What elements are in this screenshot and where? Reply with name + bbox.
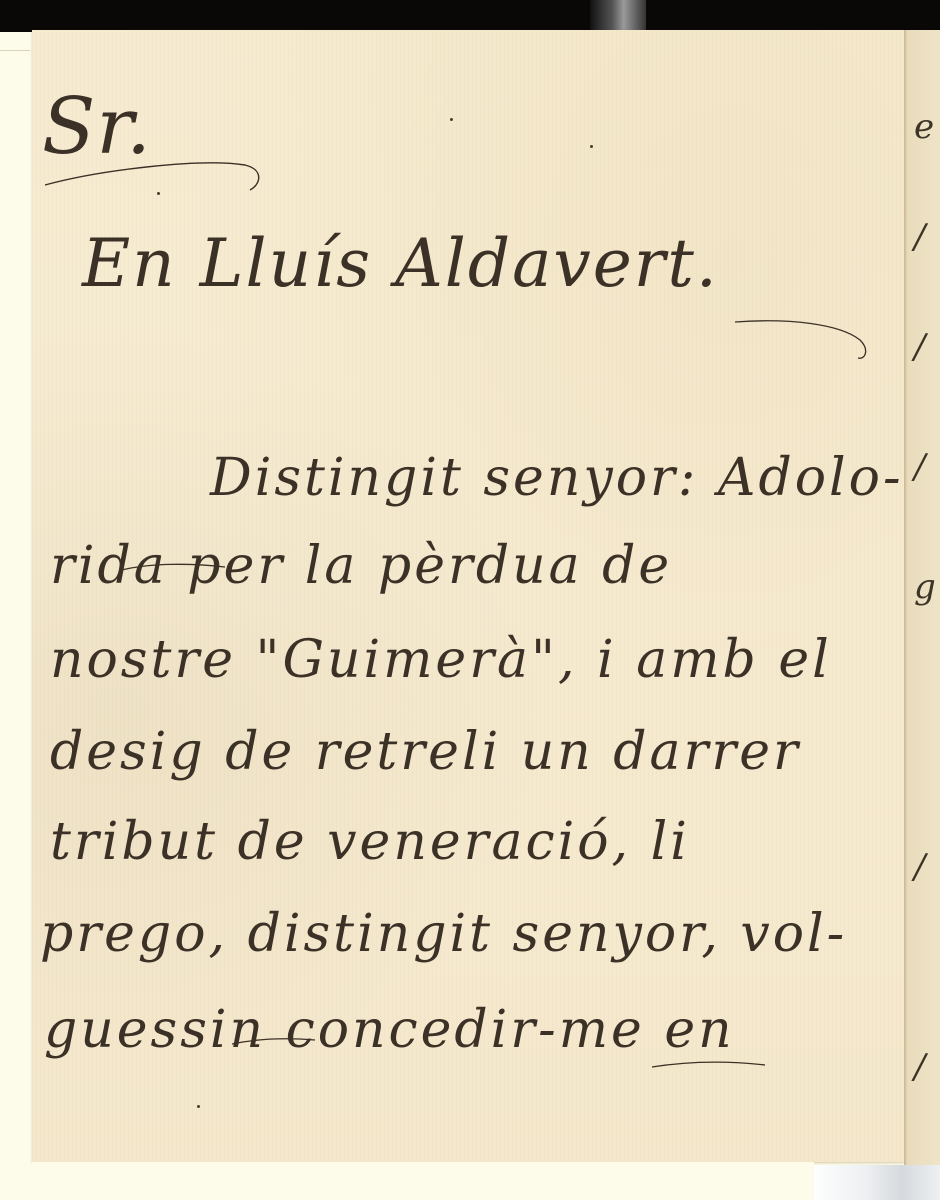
ink-speck (590, 145, 593, 148)
ink-speck (197, 1105, 200, 1108)
salutation-prefix: Sr. (42, 82, 152, 172)
ink-speck (450, 118, 453, 121)
adjacent-page-fragment: e (914, 110, 934, 144)
body-line: prego, distingit senyor, vol- (40, 904, 847, 964)
body-line: nostre "Guimerà", i amb el (50, 630, 832, 690)
adjacent-page-fragment: / (914, 450, 925, 484)
adjacent-page-fragment: / (914, 850, 925, 884)
scanner-top-band (0, 0, 940, 32)
adjacent-page-edge: e / / / g / / (904, 30, 940, 1165)
adjacent-page-fragment: g (914, 570, 936, 604)
bottom-margin (32, 1162, 814, 1200)
page-stub (0, 36, 30, 51)
body-line: Distingit senyor: Adolo- (210, 448, 904, 508)
document-scan: e / / / g / / Sr. En Lluís Aldavert. Dis… (0, 0, 940, 1200)
addressee-flourish (730, 300, 880, 370)
adjacent-page-fragment: / (914, 330, 925, 364)
bottom-right-fold (814, 1165, 940, 1200)
adjacent-page-fragment: / (914, 1050, 925, 1084)
left-margin (0, 32, 33, 1200)
body-line: guessin concedir-me en (44, 1000, 735, 1060)
adjacent-page-fragment: / (914, 220, 925, 254)
addressee-line: En Lluís Aldavert. (82, 225, 719, 302)
body-line: desig de retreli un darrer (50, 722, 801, 782)
body-line: rida per la pèrdua de (50, 536, 672, 596)
body-line: tribut de veneració, li (50, 812, 690, 872)
binding-tab (590, 0, 646, 30)
